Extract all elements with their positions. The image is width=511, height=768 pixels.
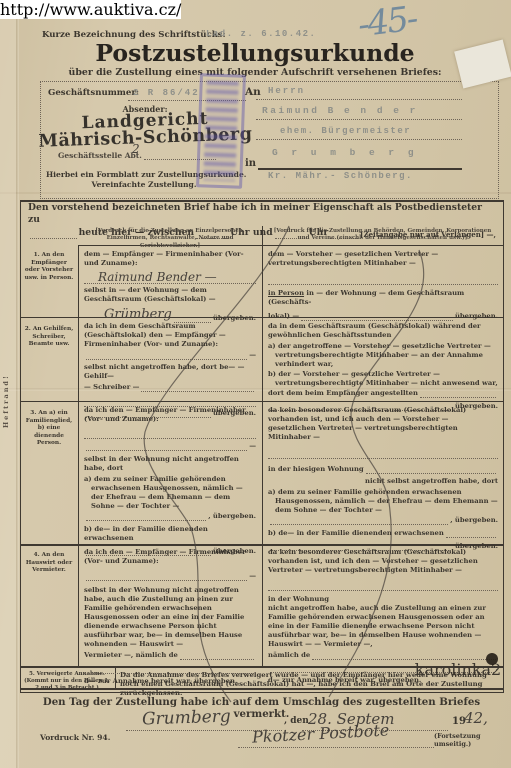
table-left-border [20,200,21,693]
row3-right-uebergeben1: , übergeben. [450,516,498,525]
row2-right-text: da in dem Geschäftsraum (Geschäftslokal)… [268,322,498,340]
year-handwritten: 42, [464,709,488,727]
ink-blot-dot [486,653,498,665]
row4-right-fill [312,652,496,660]
business-number-label: Geschäftsnummer: [48,88,139,98]
form-subtitle: über die Zustellung eines mit folgender … [60,67,450,78]
form-title: Postzustellungsurkunde [60,39,450,67]
row1-left-cell: dem — Empfänger — Firmeninhaber (Vor- un… [84,250,256,323]
row3-right-text: da kein besonderer Geschäftsraum (Geschä… [268,406,498,442]
recipient-salutation-typed: Herrn [268,86,305,96]
row4-left-cell: da ich den — Empfänger — Firmeninhaber (… [84,548,256,688]
row3-right-cell: da kein besonderer Geschäftsraum (Geschä… [268,406,498,551]
row3-left-option-b: b) de— in der Familie dienenden erwachse… [84,525,256,543]
row3-left-fill2 [86,513,206,521]
row2-left-text: da ich in dem Geschäftsraum (Geschäftslo… [84,322,256,349]
row3-right-fill [366,466,496,474]
row1-right-uebergeben: übergeben. [455,312,498,321]
signature-line [238,747,434,748]
purple-ink-stamp [196,73,246,189]
row3-label: 3. An a) ein Familienglied, b) eine dien… [23,410,75,448]
row3-right-text2: in der hiesigen Wohnung [268,465,364,474]
row4-right-text: da kein besonderer Geschäftsraum (Geschä… [268,548,498,575]
row4-left-text2: selbst in der Wohnung nicht angetroffen … [84,586,256,649]
recipient-line2 [256,119,462,120]
sender-dept-handwritten: 2 [132,142,140,156]
row1-right-blank-line [268,276,498,285]
intro-line1: Den vorstehend bezeichneten Brief habe i… [28,202,492,226]
row3-left-blank [84,430,256,439]
recipient-district-typed: Kr. Mähr.- Schönberg. [268,171,413,181]
auction-site-watermark: http://www.auktiva.cz/ [0,0,181,19]
row4-left-text3: Vermieter —, nämlich de [84,651,178,660]
paper-patch [454,40,511,89]
row4-right-text4: nämlich de [268,651,310,660]
row1-label: 1. An den Empfänger oder Vorsteher usw. … [23,252,75,282]
row4-right-text2: in der Wohnung [268,595,498,604]
row1-left-text2: selbst in — der Wohnung — dem Geschäftsr… [84,286,256,304]
purple-ink-stamp-texture [203,80,238,181]
row4-left-dash: — [249,572,256,581]
row4-right-blank [268,582,498,591]
row3-left-cell: da ich den — Empfänger — Firmeninhaber (… [84,406,256,556]
row2-right-cell: da in dem Geschäftsraum (Geschäftslokal)… [268,322,498,411]
scanned-postal-delivery-certificate: Kurze Bezeichnung des Schriftstücks: Lad… [0,0,511,768]
to-label: An [245,86,261,98]
continuation-note: (Fortsetzung umseitig.) [434,732,511,748]
place-handwritten: Grumberg [142,706,231,729]
row4-label: 4. An den Hauswirt oder Vermieter. [23,552,75,575]
business-number-typed-value: 2 R 86/42 [133,88,200,98]
row4-right-text3: nicht angetroffen habe, auch die Zustell… [268,604,498,649]
row3-left-dash: — [249,442,256,451]
pencil-number-annotation: -45- [356,0,419,45]
row2-label: 2. An Gehilfen, Schreiber, Beamte usw. [23,326,75,349]
row1-left-text: dem — Empfänger — Firmeninhaber (Vor- un… [84,250,256,268]
row3-left-text: da ich den — Empfänger — Firmeninhaber (… [84,406,256,424]
table-right-border [503,200,504,693]
intro-fill2 [30,231,77,239]
row2-left-dash: — [249,351,256,360]
recipient-line3 [256,139,462,140]
row3-right-option-b: b) de— in der Familie dienenden erwachse… [268,529,444,538]
row1-right-cell: dem — Vorsteher — gesetzlichen Vertreter… [268,250,498,321]
recipient-title-typed: ehem. Bürgermeister [280,126,411,136]
row2-right-option-b: b) der — Vorsteher — gesetzliche Vertret… [268,370,498,388]
row3-left-option-a: a) dem zu seiner Familie gehörenden erwa… [84,475,256,511]
row3-left-uebergeben1: , übergeben. [208,512,256,521]
delivery-date-statement: Den Tag der Zustellung habe ich auf dem … [20,696,503,720]
row1-right-text: dem — Vorsteher — gesetzlichen Vertreter… [268,250,498,268]
row1-right-in-person: in Person [268,289,304,297]
row1-right-fill [301,313,453,321]
recipient-city-typed: G r u m b e r g [272,147,418,158]
left-fold-crease [16,0,19,768]
right-column-header: [Vordruck für die Zustellung an Behörden… [268,228,497,243]
center-column-divider [262,226,263,668]
row2-left-text3: — Schreiber — [84,383,139,392]
form-number: Vordruck Nr. 94. [40,733,110,742]
row2-left-cell: da ich in dem Geschäftsraum (Geschäftslo… [84,322,256,418]
row3-right-fill3 [446,530,496,538]
row2-left-text2: selbst nicht angetroffen habe, dort be— … [84,363,256,381]
row1-right-text3: lokal) — [268,312,299,321]
row3-left-text2: selbst in der Wohnung nicht angetroffen … [84,455,256,473]
label-column-divider [78,245,79,668]
left-column-header: [Vordruck für die Zustellung an Einzelpe… [84,228,256,250]
row3-right-fill2 [270,517,448,525]
short-description-typed-value: Lad. z. 6.10.42. [206,29,316,39]
sender-dept-label: Geschäftsstelle Abt. [58,151,142,160]
row4-left-blank [86,573,247,581]
row4-left-fill [180,652,254,660]
row2-right-option-a: a) der angetroffene — Vorsteher — gesetz… [268,342,498,369]
row1-handwritten-place: Grümberg [104,306,172,323]
row3-right-text3: nicht selbst angetroffen habe, dort [268,477,498,486]
recipient-name-typed: Raimund B e n d e r [262,105,418,116]
binding-margin-note: Heftrand! [2,328,10,428]
postman-signature-handwritten: Pkotzer Postbote [252,720,390,746]
row2-right-fill [420,390,496,398]
row2-left-blank [86,352,247,360]
recipient-line1 [256,99,462,100]
in-label: in [245,158,256,169]
row3-right-option-a: a) dem zu seiner Familie gehörenden erwa… [268,488,498,515]
row3-left-fill [86,443,247,451]
row2-right-text2: dort dem beim Empfänger angestellten [268,389,418,398]
row4-left-text: da ich den — Empfänger — Firmeninhaber (… [84,548,256,566]
row2-left-fill2 [141,384,254,392]
row3-right-blank [268,450,498,459]
in-solid-line [258,168,462,170]
row1-handwritten-name: Raimund Bender — [98,270,217,284]
